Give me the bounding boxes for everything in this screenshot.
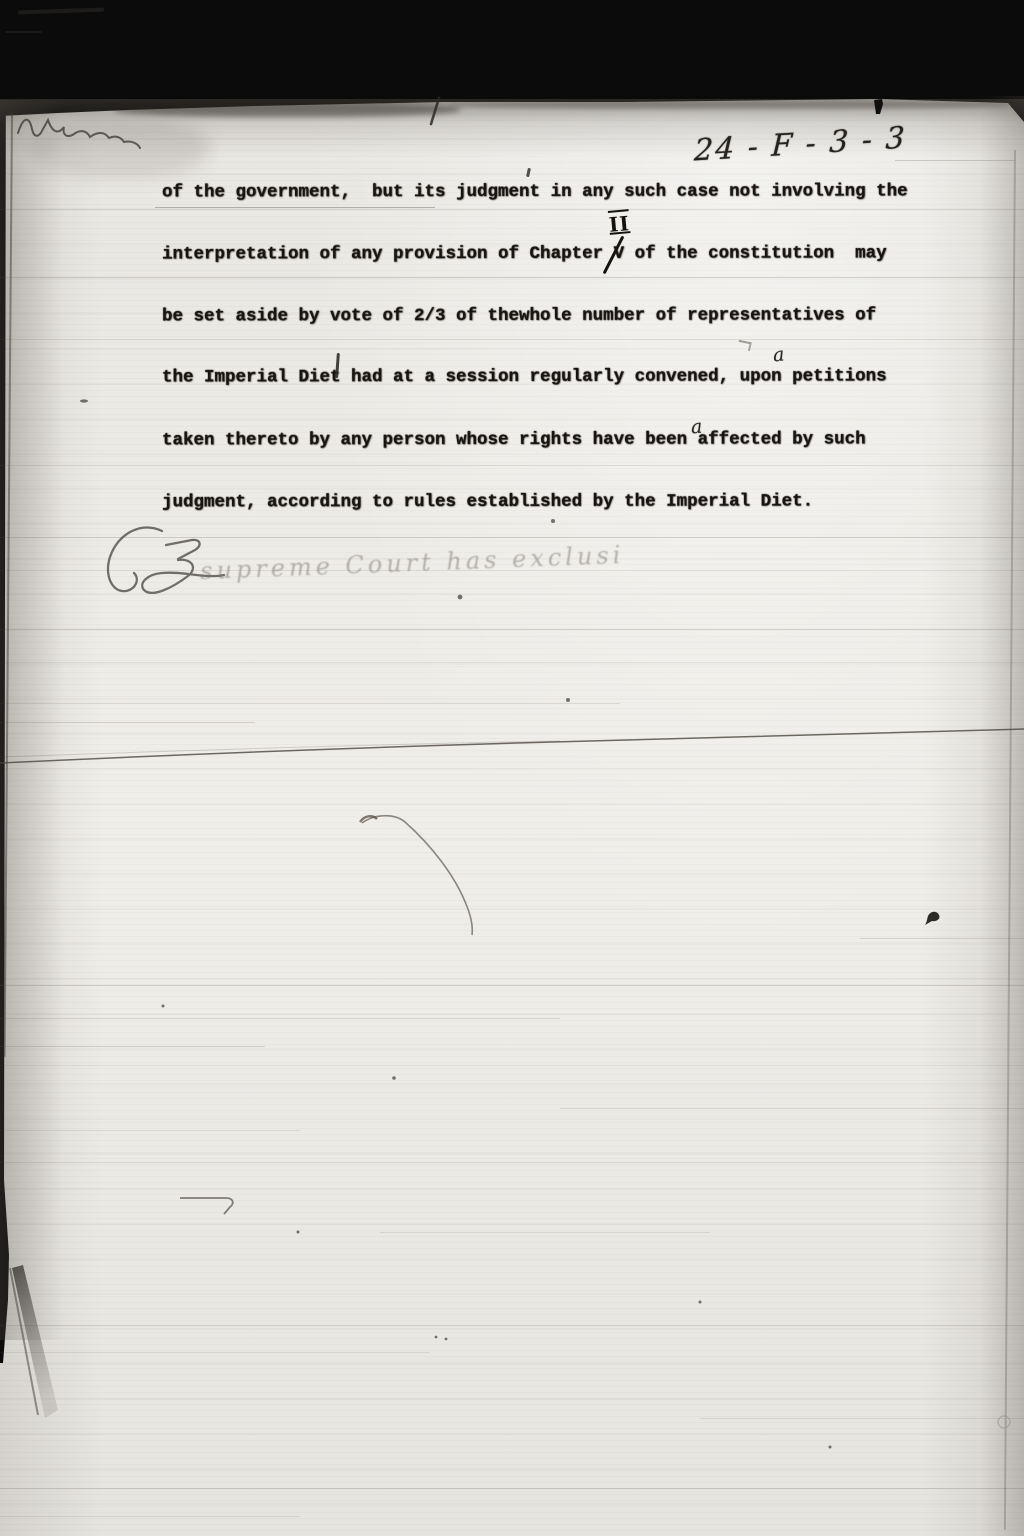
- typed-line-2-after: of the constitution may: [624, 243, 887, 263]
- top-edge-smudge: [450, 101, 1010, 109]
- scanned-document-page: 24 - F - 3 - 3 of the government, but it…: [0, 0, 1024, 1536]
- typed-line-2: interpretation of any provision of Chapt…: [162, 243, 887, 264]
- typed-line-6: judgment, according to rules established…: [162, 492, 813, 513]
- film-scratch: [18, 8, 104, 15]
- typed-line-4: the Imperial Diet had at a session regul…: [162, 366, 887, 387]
- top-edge-smudge: [115, 102, 460, 117]
- typed-line-5: taken thereto by any person whose rights…: [162, 430, 866, 451]
- inserted-a-above-affected: a: [690, 416, 703, 439]
- typed-line-2-before: interpretation of any provision of Chapt…: [162, 244, 614, 265]
- paper-background: [0, 0, 1024, 1536]
- typed-line-3: be set aside by vote of 2/3 of thewhole …: [162, 306, 876, 327]
- film-scratch: [0, 31, 42, 33]
- chapter-correction-roman-numeral: II: [608, 211, 631, 237]
- typed-line-1: of the government, but its judgment in a…: [162, 181, 908, 202]
- inserted-a-above-upon: a: [772, 343, 786, 366]
- right-edge-shading: [980, 96, 1024, 1536]
